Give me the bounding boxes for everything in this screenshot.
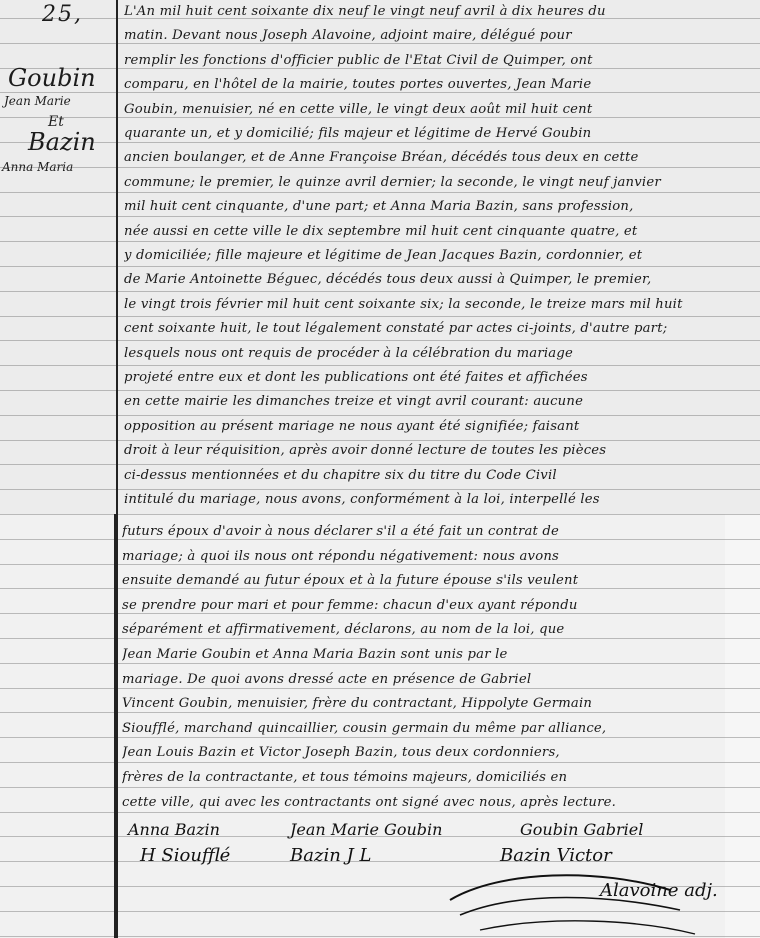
act-text-line: Jean Marie Goubin et Anna Maria Bazin so… [122,645,722,665]
entry-number: 25, [42,2,83,27]
act-text-line: comparu, en l'hôtel de la mairie, toutes… [124,75,724,95]
margin-line [116,0,118,938]
signature-witness-jl-bazin: Bazin J L [290,845,371,866]
act-text-line: mariage. De quoi avons dressé acte en pr… [122,670,722,690]
act-text-line: née aussi en cette ville le dix septembr… [124,222,724,242]
margin-line-lower [114,514,116,938]
officer-signature-flourish [440,860,710,938]
ruled-line [0,365,760,366]
act-text-line: mil huit cent cinquante, d'une part; et … [124,197,724,217]
margin-bride-given-names: Anna Maria [2,160,73,174]
act-text-line: se prendre pour mari et pour femme: chac… [122,596,722,616]
act-text-line: matin. Devant nous Joseph Alavoine, adjo… [124,26,724,46]
act-text-line: commune; le premier, le quinze avril der… [124,173,724,193]
act-text-line: y domiciliée; fille majeure et légitime … [124,246,724,266]
act-text-line: Jean Louis Bazin et Victor Joseph Bazin,… [122,743,722,763]
act-text-line: cent soixante huit, le tout légalement c… [124,319,724,339]
act-text-line: ci-dessus mentionnées et du chapitre six… [124,466,724,486]
signature-bride: Anna Bazin [128,820,220,839]
ruled-line [0,316,760,317]
act-text-line: ensuite demandé au futur époux et à la f… [122,571,722,591]
act-text-line: opposition au présent mariage ne nous ay… [124,417,724,437]
page-edge-strip [725,514,760,938]
ruled-line [0,266,760,267]
act-text-line: L'An mil huit cent soixante dix neuf le … [124,2,724,22]
ruled-line [0,390,760,391]
act-text-line: futurs époux d'avoir à nous déclarer s'i… [122,522,722,542]
act-text-line: mariage; à quoi ils nous ont répondu nég… [122,547,722,567]
act-text-line: cette ville, qui avec les contractants o… [122,793,722,813]
act-text-line: Goubin, menuisier, né en cette ville, le… [124,100,724,120]
margin-bride-surname: Bazin [28,128,96,156]
act-text-line: de Marie Antoinette Béguec, décédés tous… [124,270,724,290]
act-text-line: lesquels nous ont requis de procéder à l… [124,344,724,364]
margin-groom-surname: Goubin [8,64,96,92]
act-text-line: séparément et affirmativement, déclarons… [122,620,722,640]
act-text-line: en cette mairie les dimanches treize et … [124,392,724,412]
signature-groom: Jean Marie Goubin [290,820,442,839]
act-text-line: Vincent Goubin, menuisier, frère du cont… [122,694,722,714]
act-text-line: ancien boulanger, et de Anne Françoise B… [124,148,724,168]
act-text-line: frères de la contractante, et tous témoi… [122,768,722,788]
act-text-line: projeté entre eux et dont les publicatio… [124,368,724,388]
act-text-line: remplir les fonctions d'officier public … [124,51,724,71]
margin-groom-given-names: Jean Marie [4,94,71,108]
act-text-line: le vingt trois février mil huit cent soi… [124,295,724,315]
ruled-line [0,291,760,292]
act-text-line: intitulé du mariage, nous avons, conform… [124,490,724,510]
act-text-line: quarante un, et y domicilié; fils majeur… [124,124,724,144]
act-text-line: droit à leur réquisition, après avoir do… [124,441,724,461]
register-page: 25, Goubin Jean Marie Et Bazin Anna Mari… [0,0,760,938]
signature-witness-gabriel: Goubin Gabriel [520,820,643,839]
ruled-line [0,340,760,341]
act-text-line: Sioufflé, marchand quincaillier, cousin … [122,719,722,739]
signature-witness-siouffle: H Sioufflé [140,845,230,866]
